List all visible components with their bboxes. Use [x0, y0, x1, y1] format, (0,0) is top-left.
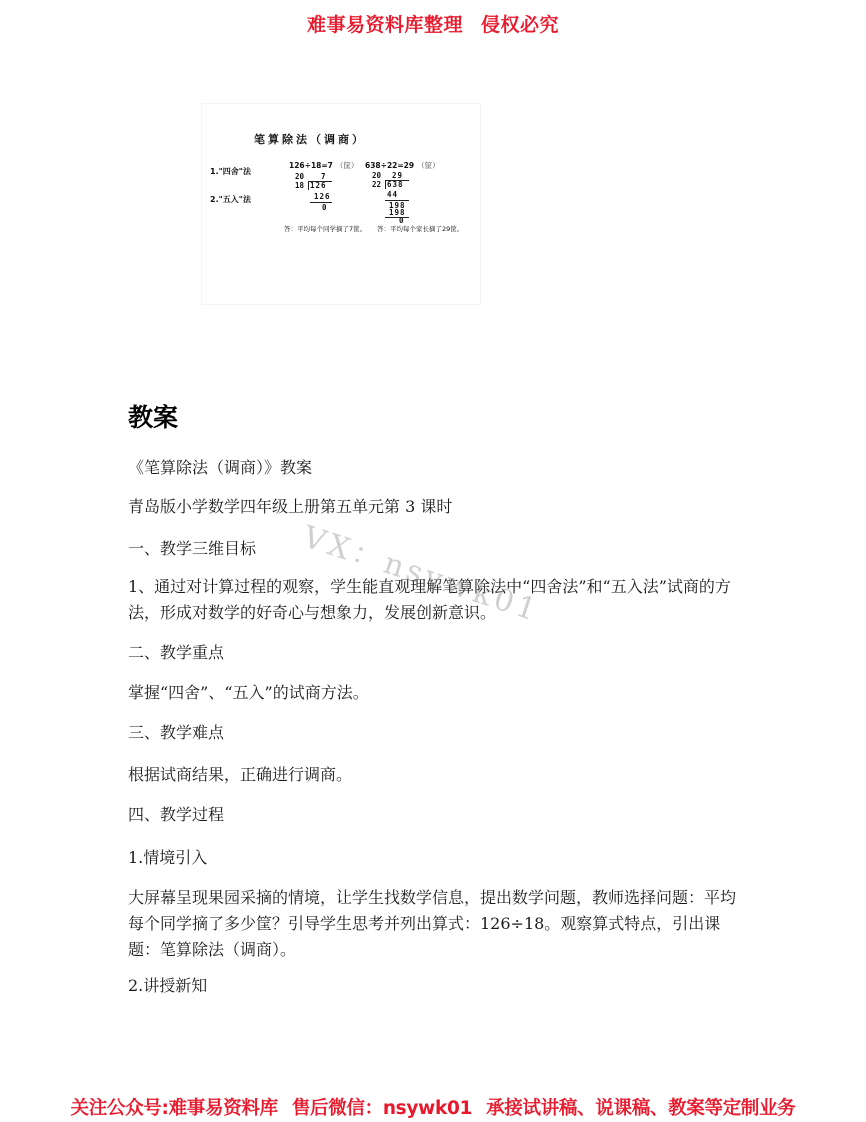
slide-title: 笔算除法（调商） — [254, 131, 366, 147]
estimate-2: 20 — [372, 172, 381, 180]
step-2-1: 44 — [387, 191, 398, 199]
footer-banner: 关注公众号:难事易资料库售后微信：nsywk01承接试讲稿、说课稿、教案等定制业… — [0, 1094, 866, 1120]
header-copyright: 侵权必究 — [481, 14, 559, 36]
dividend-1: 126 — [310, 182, 327, 190]
footer-services: 承接试讲稿、说课稿、教案等定制业务 — [486, 1098, 795, 1119]
division-bracket-2 — [385, 180, 386, 189]
equation-1: 126÷18=7（筐） — [289, 160, 358, 171]
section-heading-key-points: 二、教学重点 — [128, 640, 728, 666]
estimate-1: 20 — [295, 173, 304, 181]
method-label-round-down: 1."四舍"法 — [210, 166, 251, 177]
division-bracket-1 — [308, 181, 309, 190]
answer-1: 答：平均每个同学摘了7筐。 — [284, 224, 366, 233]
equation-2: 638÷22=29（筐） — [365, 160, 440, 171]
difficulties-paragraph: 根据试商结果，正确进行调商。 — [128, 762, 728, 788]
lesson-meta: 青岛版小学数学四年级上册第五单元第 3 课时 — [128, 494, 728, 520]
dividend-2: 638 — [387, 181, 404, 189]
slide-image: 笔算除法（调商） 1."四舍"法 2."五入"法 126÷18=7（筐） 20 … — [202, 104, 480, 304]
footer-wechat: 售后微信：nsywk01 — [292, 1098, 472, 1119]
header-title: 难事易资料库整理 — [307, 14, 463, 36]
quotient-2: 29 — [392, 172, 403, 180]
step-1-1: 126 — [314, 193, 331, 201]
divisor-1: 18 — [295, 182, 304, 190]
step-line-2b — [385, 217, 409, 218]
scenario-paragraph: 大屏幕呈现果园采摘的情境，让学生找数学信息，提出数学问题，教师选择问题：平均每个… — [128, 885, 740, 963]
subsection-scenario: 1.情境引入 — [128, 845, 728, 871]
answer-2: 答：平均每个家长摘了29筐。 — [377, 224, 463, 233]
method-label-round-up: 2."五入"法 — [210, 194, 251, 205]
header-banner: 难事易资料库整理侵权必究 — [0, 10, 866, 37]
section-heading-process: 四、教学过程 — [128, 802, 728, 828]
lesson-title: 《笔算除法（调商）》教案 — [128, 455, 728, 481]
remainder-1: 0 — [322, 204, 327, 212]
step-line-1 — [310, 202, 332, 203]
quotient-1: 7 — [321, 173, 326, 181]
document-heading: 教案 — [128, 398, 178, 434]
divisor-2: 22 — [372, 181, 381, 189]
section-heading-difficulties: 三、教学难点 — [128, 720, 728, 746]
footer-account: 关注公众号:难事易资料库 — [71, 1098, 278, 1119]
subsection-new-knowledge: 2.讲授新知 — [128, 973, 728, 999]
key-points-paragraph: 掌握“四舍”、“五入”的试商方法。 — [128, 680, 728, 706]
